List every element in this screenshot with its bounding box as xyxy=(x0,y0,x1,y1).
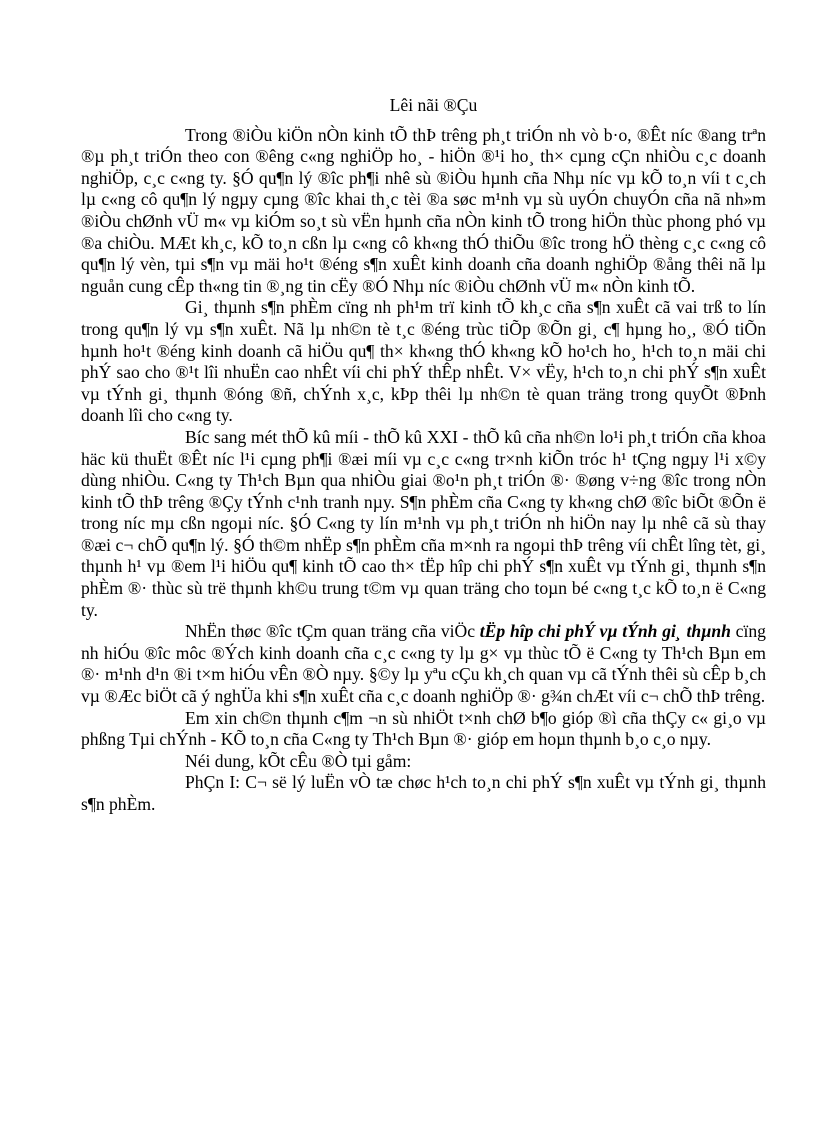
document-page: Lêi nãi ®Çu Trong ®iÒu kiÖn nÒn kinh tÕ … xyxy=(81,95,766,816)
paragraph-part-one: PhÇn I: C¬ së lý luËn vÒ tæ chøc h¹ch to… xyxy=(81,772,766,815)
paragraph-topic-importance: NhËn thøc ®­îc tÇm quan träng cña viÖc t… xyxy=(81,621,766,707)
paragraph-text-before: NhËn thøc ®­îc tÇm quan träng cña viÖc xyxy=(185,621,480,641)
emphasized-topic: tËp hîp chi phÝ vµ tÝnh gi¸ thµnh xyxy=(480,621,731,641)
paragraph-intro-market-economy: Trong ®iÒu kiÖn nÒn kinh tÕ thÞ tr­êng p… xyxy=(81,125,766,298)
paragraph-structure-intro: Néi dung, kÕt cÊu ®Ò tµi gåm: xyxy=(81,751,766,773)
paragraph-company-development: B­íc sang mét thÕ kû míi - thÕ kû XXI - … xyxy=(81,427,766,621)
document-title: Lêi nãi ®Çu xyxy=(101,95,766,117)
paragraph-product-cost-role: Gi¸ thµnh s¶n phÈm cïng nh­ ph¹m trï kin… xyxy=(81,297,766,427)
paragraph-acknowledgement: Em xin ch©n thµnh c¶m ¬n sù nhiÖt t×nh c… xyxy=(81,708,766,751)
